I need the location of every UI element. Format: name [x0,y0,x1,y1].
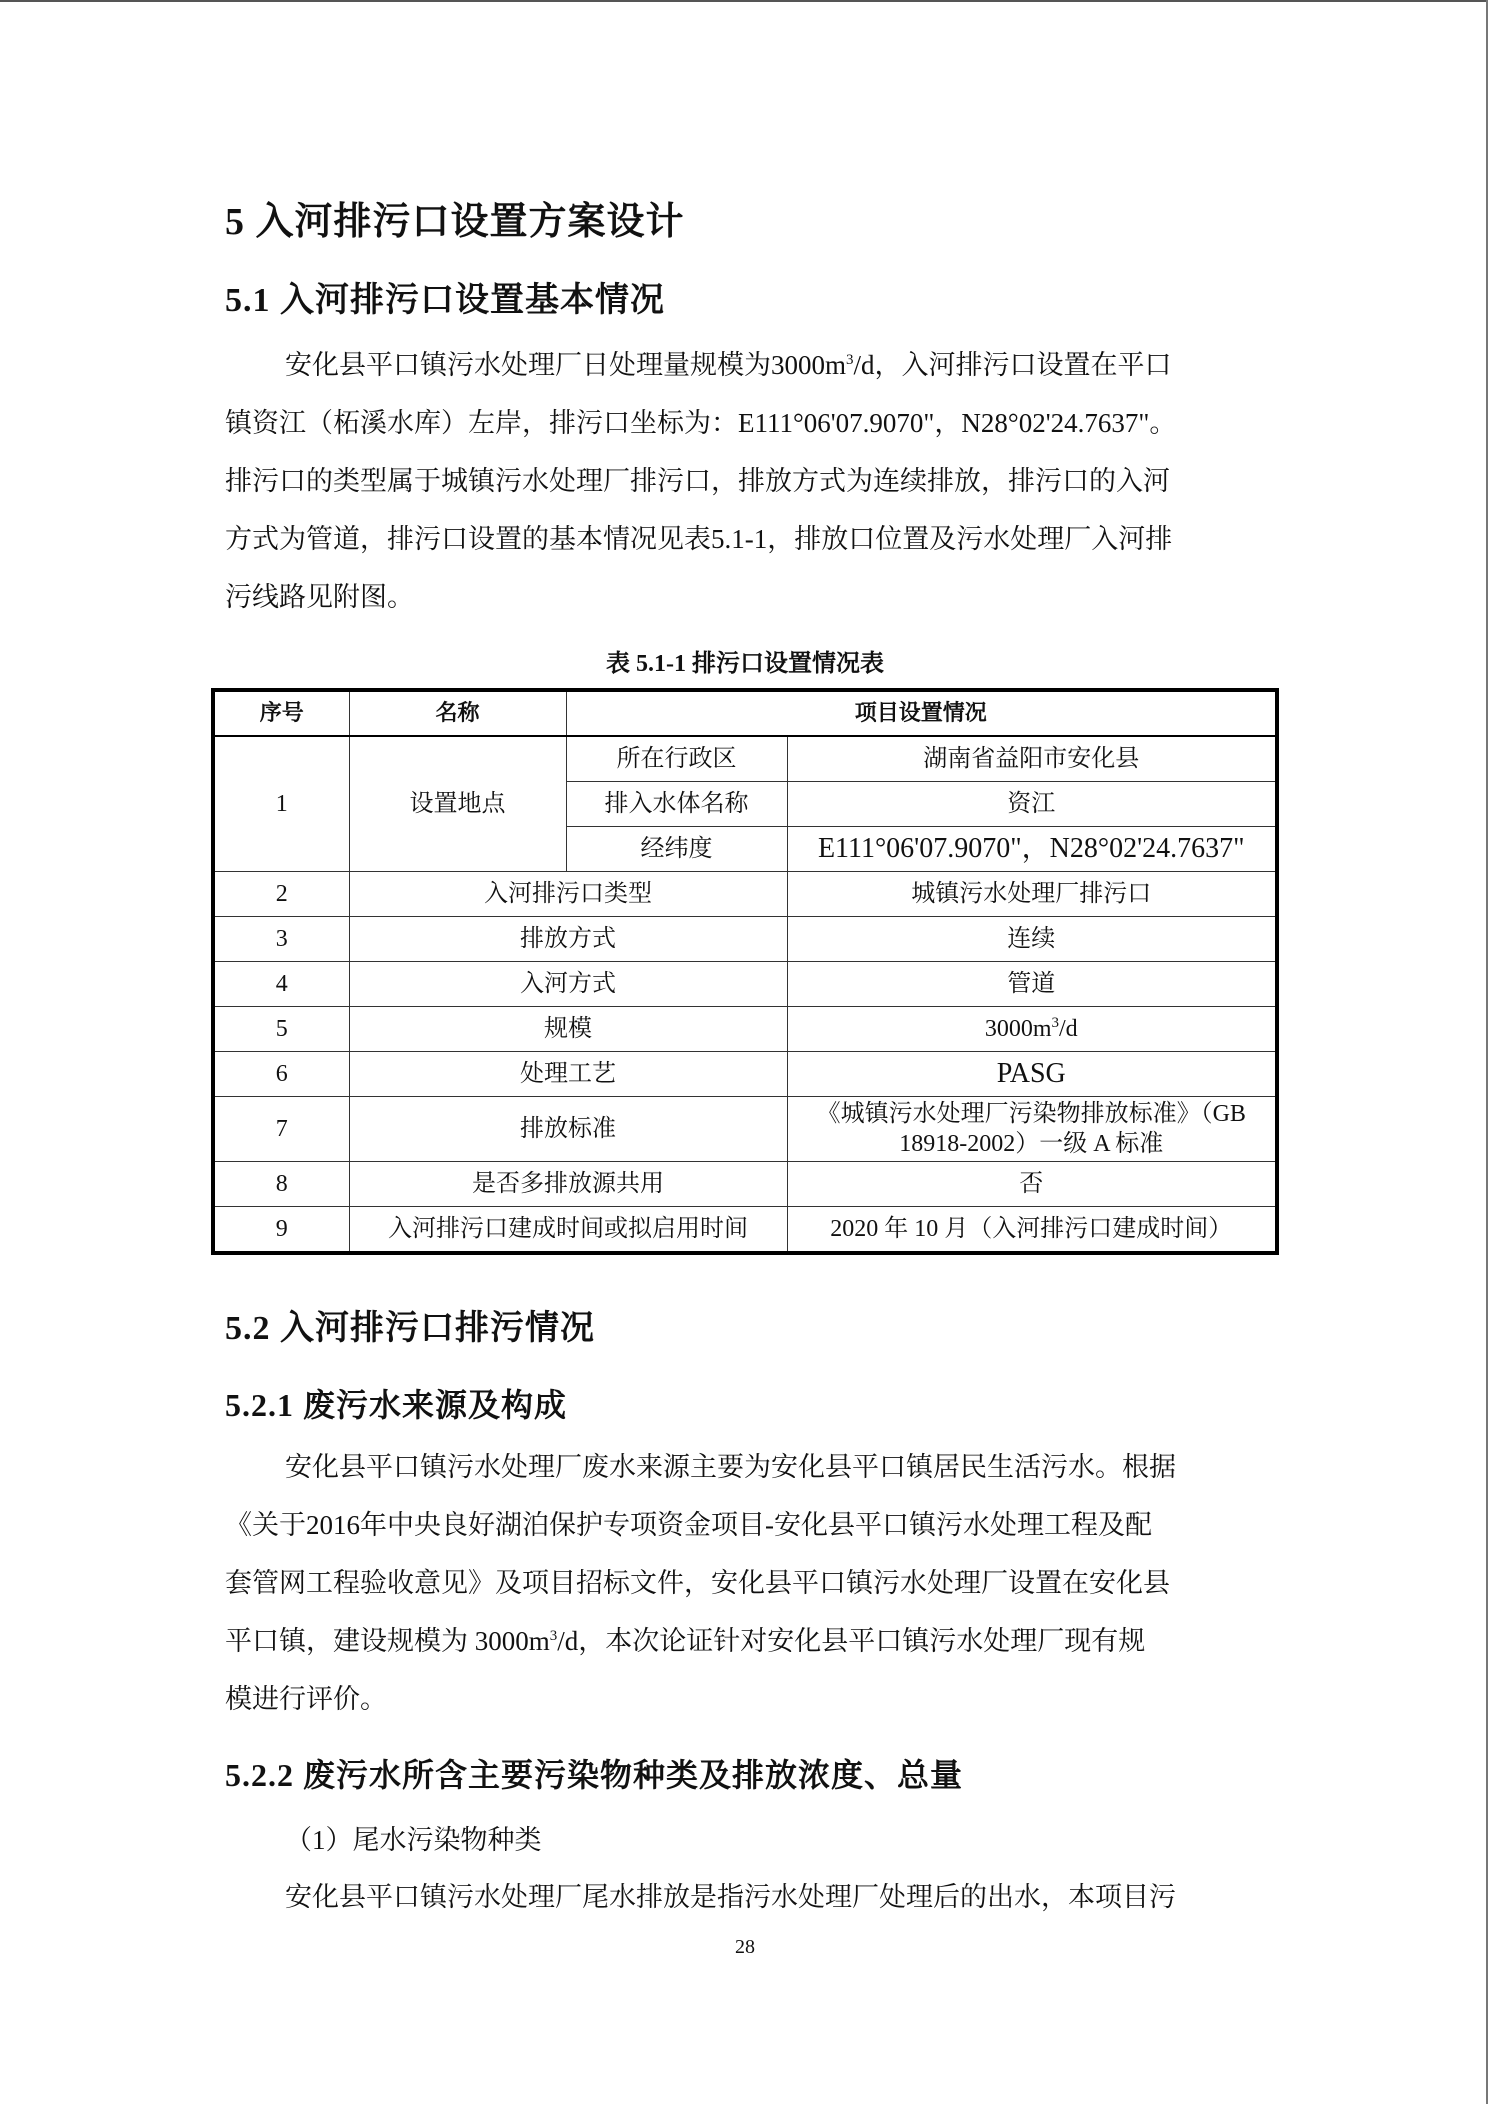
outfall-settings-table: 序号 名称 项目设置情况 1 设置地点 所在行政区 湖南省益阳市安化县 排入水体… [211,688,1279,1255]
paragraph-line: 安化县平口镇污水处理厂日处理量规模为3000m3/d，入河排污口设置在平口 [225,336,1265,394]
cell-no: 6 [213,1052,349,1097]
paragraph-line: 模进行评价。 [225,1670,1265,1728]
cell-name: 入河排污口建成时间或拟启用时间 [349,1207,787,1254]
section-heading-5-2-1: 5.2.1 废污水来源及构成 [225,1380,567,1426]
table-header-row: 序号 名称 项目设置情况 [213,690,1277,736]
cell-no: 5 [213,1007,349,1052]
cell-no: 7 [213,1097,349,1162]
cell-no: 3 [213,917,349,962]
text-segment: /d，入河排污口设置在平口 [854,350,1172,380]
paragraph-line: 镇资江（柘溪水库）左岸，排污口坐标为：E111°06'07.9070"，N28°… [225,394,1265,452]
paragraph-line: 排污口的类型属于城镇污水处理厂排污口，排放方式为连续排放，排污口的入河 [225,452,1265,510]
cell-name: 是否多排放源共用 [349,1162,787,1207]
paragraph-line: 方式为管道，排污口设置的基本情况见表5.1-1，排放口位置及污水处理厂入河排 [225,510,1265,568]
cell-value: 资江 [787,782,1277,827]
superscript: 3 [846,352,854,368]
cell-sublabel: 所在行政区 [566,736,787,782]
header-name: 名称 [349,690,566,736]
section-heading-5-1: 5.1 入河排污口设置基本情况 [225,272,665,321]
paragraph-5-2-2: 安化县平口镇污水处理厂尾水排放是指污水处理厂处理后的出水，本项目污 [225,1868,1265,1926]
paragraph-line: 安化县平口镇污水处理厂废水来源主要为安化县平口镇居民生活污水。根据 [225,1438,1265,1496]
paragraph-5-1: 安化县平口镇污水处理厂日处理量规模为3000m3/d，入河排污口设置在平口 镇资… [225,336,1265,626]
cell-name: 入河方式 [349,962,787,1007]
cell-value: 3000m3/d [787,1007,1277,1052]
list-item-label: （1）尾水污染物种类 [285,1818,542,1857]
page-border-top [0,0,1488,2]
paragraph-line: 污线路见附图。 [225,568,1265,626]
text-segment: 《城镇污水处理厂污染物排放标准》（GB [792,1099,1272,1129]
table-row: 8 是否多排放源共用 否 [213,1162,1277,1207]
paragraph-line: 安化县平口镇污水处理厂尾水排放是指污水处理厂处理后的出水，本项目污 [225,1868,1265,1926]
cell-value: 连续 [787,917,1277,962]
cell-name: 排放方式 [349,917,787,962]
cell-name: 入河排污口类型 [349,872,787,917]
cell-sublabel: 经纬度 [566,827,787,872]
text-segment: 平口镇，建设规模为 3000m [225,1626,550,1656]
paragraph-line: 《关于2016年中央良好湖泊保护专项资金项目-安化县平口镇污水处理工程及配 [225,1496,1265,1554]
table-row: 6 处理工艺 PASG [213,1052,1277,1097]
table-row: 3 排放方式 连续 [213,917,1277,962]
cell-value: 管道 [787,962,1277,1007]
cell-value: 否 [787,1162,1277,1207]
cell-no: 1 [213,736,349,872]
text-segment: /d [1059,1016,1078,1042]
section-heading-5-2-2: 5.2.2 废污水所含主要污染物种类及排放浓度、总量 [225,1750,963,1796]
cell-name: 排放标准 [349,1097,787,1162]
table-row: 2 入河排污口类型 城镇污水处理厂排污口 [213,872,1277,917]
paragraph-line: 套管网工程验收意见》及项目招标文件，安化县平口镇污水处理厂设置在安化县 [225,1554,1265,1612]
cell-value-coordinates: E111°06'07.9070"，N28°02'24.7637" [787,827,1277,872]
cell-value: 湖南省益阳市安化县 [787,736,1277,782]
cell-value: 城镇污水处理厂排污口 [787,872,1277,917]
table-row: 9 入河排污口建成时间或拟启用时间 2020 年 10 月（入河排污口建成时间） [213,1207,1277,1254]
table-caption: 表 5.1-1 排污口设置情况表 [225,643,1265,678]
text-segment: 安化县平口镇污水处理厂日处理量规模为3000m [285,350,846,380]
cell-value: PASG [787,1052,1277,1097]
text-segment: 18918-2002）一级 A 标准 [792,1129,1272,1159]
cell-value: 《城镇污水处理厂污染物排放标准》（GB18918-2002）一级 A 标准 [787,1097,1277,1162]
cell-sublabel: 排入水体名称 [566,782,787,827]
cell-no: 8 [213,1162,349,1207]
page-number: 28 [225,1936,1265,1959]
table-row: 7 排放标准 《城镇污水处理厂污染物排放标准》（GB18918-2002）一级 … [213,1097,1277,1162]
table-row: 4 入河方式 管道 [213,962,1277,1007]
text-segment: 3000m [985,1016,1052,1042]
cell-no: 4 [213,962,349,1007]
cell-name: 设置地点 [349,736,566,872]
paragraph-5-2-1: 安化县平口镇污水处理厂废水来源主要为安化县平口镇居民生活污水。根据 《关于201… [225,1438,1265,1728]
table-row: 5 规模 3000m3/d [213,1007,1277,1052]
superscript: 3 [1052,1015,1060,1031]
table-row: 1 设置地点 所在行政区 湖南省益阳市安化县 [213,736,1277,782]
cell-name: 规模 [349,1007,787,1052]
header-no: 序号 [213,690,349,736]
cell-no: 9 [213,1207,349,1254]
chapter-heading: 5 入河排污口设置方案设计 [225,190,685,245]
cell-name: 处理工艺 [349,1052,787,1097]
text-segment: /d，本次论证针对安化县平口镇污水处理厂现有规 [557,1626,1145,1656]
paragraph-line: 平口镇，建设规模为 3000m3/d，本次论证针对安化县平口镇污水处理厂现有规 [225,1612,1265,1670]
cell-no: 2 [213,872,349,917]
cell-value: 2020 年 10 月（入河排污口建成时间） [787,1207,1277,1254]
header-settings: 项目设置情况 [566,690,1277,736]
section-heading-5-2: 5.2 入河排污口排污情况 [225,1300,595,1349]
